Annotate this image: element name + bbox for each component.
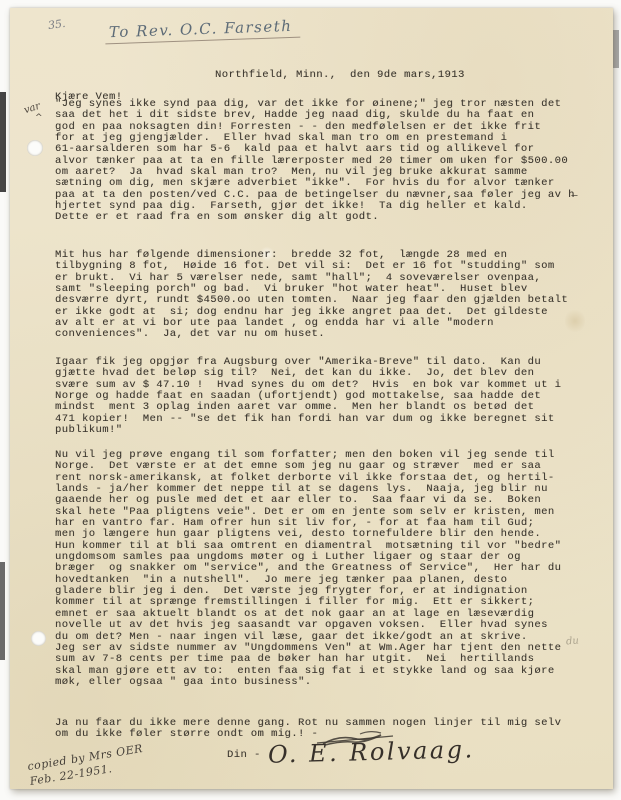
closing-din: Din - [227, 750, 261, 761]
hole-punch-top [27, 140, 43, 156]
faint-margin-note: du [566, 635, 580, 647]
insertion-caret-mark: ^ [35, 113, 43, 123]
page-number: 35. [47, 17, 66, 32]
recipient-annotation: To Rev. O.C. Farseth [105, 17, 301, 45]
paragraph-3: Igaar fik jeg opgjør fra Augsburg over "… [55, 357, 561, 436]
signature-rolvaag: O. E. Rolvaag. [268, 735, 475, 768]
letter-page: 35. To Rev. O.C. Farseth Northfield, Min… [10, 8, 613, 789]
paragraph-2: Mit hus har følgende dimensioner: bredde… [55, 250, 568, 341]
paragraph-4: Nu vil jeg prøve engang til som forfatte… [55, 450, 561, 688]
paragraph-5: Ja nu faar du ikke mere denne gang. Rot … [55, 718, 561, 741]
scanner-edge-artifact-bottom [0, 562, 5, 660]
hole-punch-bottom [31, 631, 46, 646]
dateline: Northfield, Minn., den 9de mars,1913 [215, 70, 465, 81]
scanner-edge-artifact-top [0, 92, 6, 192]
paragraph-1: "Jeg synes ikke synd paa dig, var det ik… [55, 99, 575, 224]
copied-by-note: copied by Mrs OER Feb. 22-1951. [26, 741, 146, 789]
